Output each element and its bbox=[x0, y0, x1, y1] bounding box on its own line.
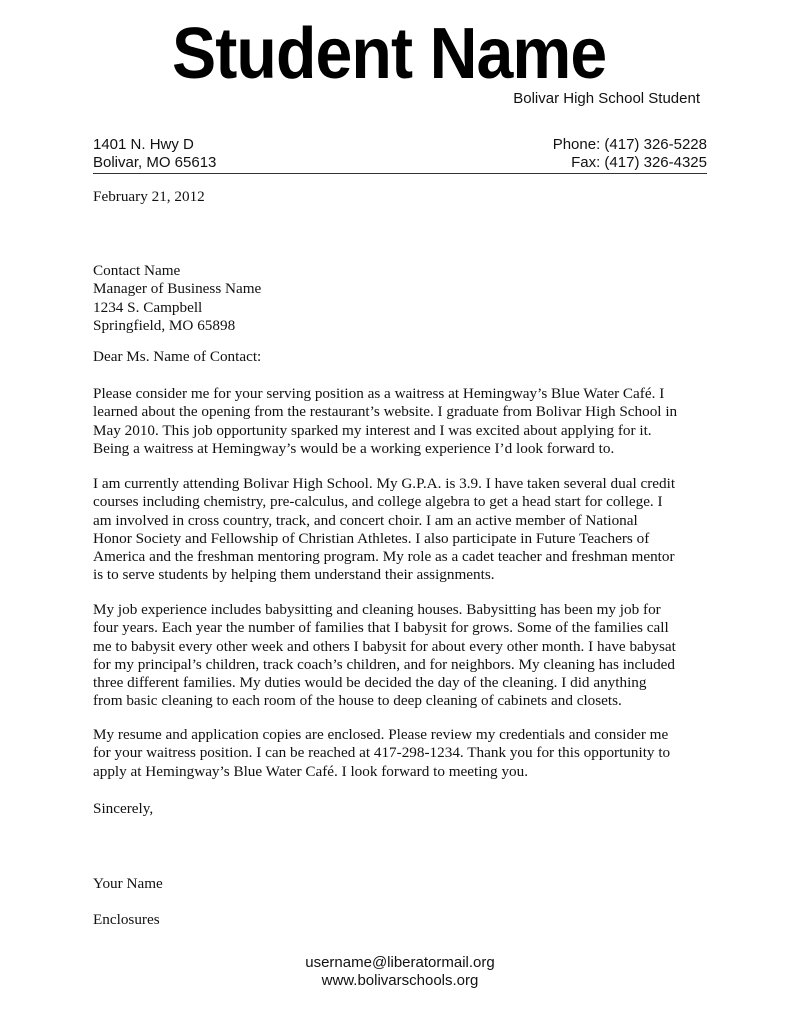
paragraph-line: May 2010. This job opportunity sparked m… bbox=[93, 422, 733, 440]
signature-name: Your Name bbox=[93, 875, 733, 893]
paragraph-line: My resume and application copies are enc… bbox=[93, 726, 733, 744]
paragraph-line: three different families. My duties woul… bbox=[93, 674, 733, 692]
paragraph-education: I am currently attending Bolivar High Sc… bbox=[93, 475, 733, 585]
recipient-title: Manager of Business Name bbox=[93, 280, 733, 298]
recipient-block: Contact Name Manager of Business Name 12… bbox=[93, 262, 733, 335]
sender-fax: Fax: (417) 326-4325 bbox=[553, 154, 707, 172]
sender-address: 1401 N. Hwy D Bolivar, MO 65613 bbox=[93, 136, 216, 172]
paragraph-line: for my principal’s children, track coach… bbox=[93, 656, 733, 674]
paragraph-intro: Please consider me for your serving posi… bbox=[93, 385, 733, 458]
paragraph-line: Being a waitress at Hemingway’s would be… bbox=[93, 440, 733, 458]
letterhead-subtitle: Bolivar High School Student bbox=[513, 90, 700, 108]
paragraph-experience: My job experience includes babysitting a… bbox=[93, 601, 733, 711]
sender-phone: Phone: (417) 326-5228 bbox=[553, 136, 707, 154]
paragraph-line: courses including chemistry, pre-calculu… bbox=[93, 493, 733, 511]
recipient-street: 1234 S. Campbell bbox=[93, 299, 733, 317]
paragraph-line: is to serve students by helping them und… bbox=[93, 566, 733, 584]
sender-address-line2: Bolivar, MO 65613 bbox=[93, 154, 216, 172]
letter-date: February 21, 2012 bbox=[93, 188, 733, 206]
paragraph-line: am involved in cross country, track, and… bbox=[93, 512, 733, 530]
enclosures-note: Enclosures bbox=[93, 911, 733, 929]
sender-contact: Phone: (417) 326-5228 Fax: (417) 326-432… bbox=[553, 136, 707, 172]
paragraph-line: for your waitress position. I can be rea… bbox=[93, 744, 733, 762]
paragraph-closing: My resume and application copies are enc… bbox=[93, 726, 733, 781]
paragraph-line: from basic cleaning to each room of the … bbox=[93, 692, 733, 710]
letterhead-divider bbox=[93, 173, 707, 174]
recipient-city: Springfield, MO 65898 bbox=[93, 317, 733, 335]
salutation: Dear Ms. Name of Contact: bbox=[93, 348, 733, 366]
letterhead-name: Student Name bbox=[172, 14, 606, 94]
footer-website: www.bolivarschools.org bbox=[0, 972, 800, 990]
paragraph-line: learned about the opening from the resta… bbox=[93, 403, 733, 421]
paragraph-line: Please consider me for your serving posi… bbox=[93, 385, 733, 403]
paragraph-line: apply at Hemingway’s Blue Water Café. I … bbox=[93, 763, 733, 781]
recipient-name: Contact Name bbox=[93, 262, 733, 280]
paragraph-line: America and the freshman mentoring progr… bbox=[93, 548, 733, 566]
paragraph-line: me to babysit every other week and other… bbox=[93, 638, 733, 656]
paragraph-line: I am currently attending Bolivar High Sc… bbox=[93, 475, 733, 493]
paragraph-line: Honor Society and Fellowship of Christia… bbox=[93, 530, 733, 548]
paragraph-line: My job experience includes babysitting a… bbox=[93, 601, 733, 619]
footer-email: username@liberatormail.org bbox=[0, 954, 800, 972]
sender-address-line1: 1401 N. Hwy D bbox=[93, 136, 216, 154]
closing: Sincerely, bbox=[93, 800, 733, 818]
paragraph-line: four years. Each year the number of fami… bbox=[93, 619, 733, 637]
